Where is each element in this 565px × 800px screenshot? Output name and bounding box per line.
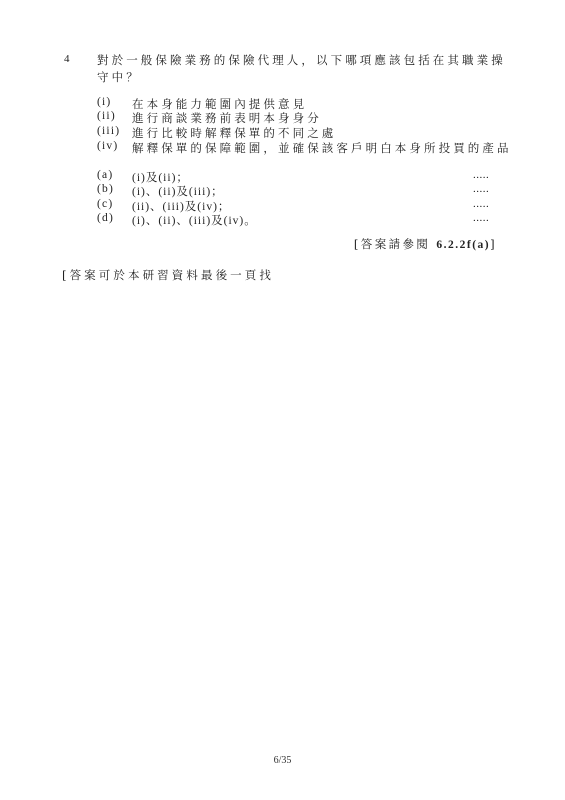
statement-label: (iv) [97, 140, 118, 152]
statement-text: 解釋保單的保障範圍，並確保該客戶明白本身所投買的產品 [132, 140, 512, 156]
answer-note: [答案可於本研習資料最後一頁找 [62, 267, 274, 283]
statement-label: (ii) [97, 110, 116, 122]
option-label: (c) [97, 198, 113, 210]
option-text: (i)、(ii)及(iii)； [132, 183, 224, 199]
statement-label: (i) [97, 96, 111, 108]
answer-blank: ..... [473, 169, 489, 181]
option-label: (a) [97, 169, 113, 181]
statement-text: 進行比較時解釋保單的不同之處 [132, 125, 336, 141]
answer-ref-section: 6.2.2f(a) [436, 239, 490, 251]
statement-text: 進行商談業務前表明本身身分 [132, 110, 322, 126]
question-number: 4 [64, 53, 70, 65]
page-number: 6/35 [0, 755, 565, 766]
answer-blank: ..... [473, 212, 489, 224]
answer-reference: [答案請參閱 6.2.2f(a)] [354, 236, 497, 252]
option-label: (d) [97, 212, 114, 224]
answer-blank: ..... [473, 183, 489, 195]
answer-blank: ..... [473, 198, 489, 210]
question-text: 對於一般保險業務的保險代理人，以下哪項應該包括在其職業操守中？ [97, 52, 507, 86]
answer-ref-prefix: [答案請參閱 [354, 237, 430, 251]
option-text: (i)、(ii)、(iii)及(iv)。 [132, 212, 257, 228]
option-label: (b) [97, 183, 114, 195]
statement-label: (iii) [97, 125, 120, 137]
answer-ref-suffix: ] [490, 237, 497, 251]
